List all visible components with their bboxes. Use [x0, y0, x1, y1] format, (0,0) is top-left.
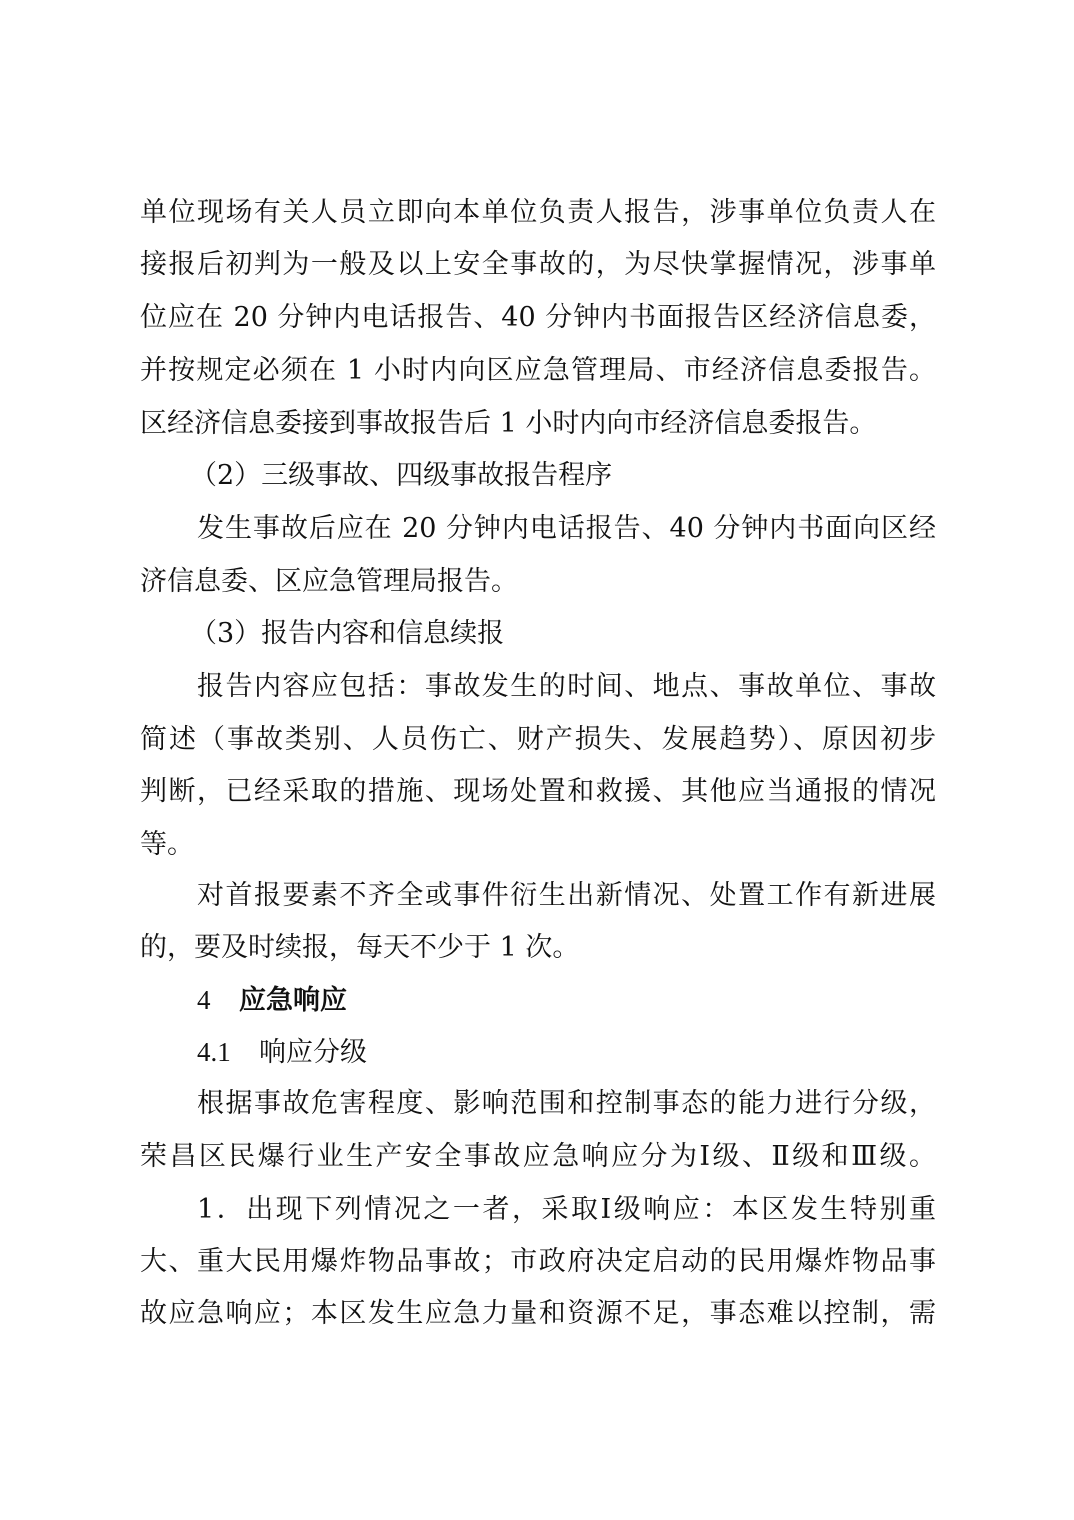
paragraph-line: 等。 — [140, 825, 936, 865]
paragraph-line: 简述（事故类别、人员伤亡、财产损失、发展趋势）、原因初步 — [140, 720, 936, 760]
paragraph-line: 区经济信息委接到事故报告后 1 小时内向市经济信息委报告。 — [140, 404, 936, 444]
paragraph-line: 单位现场有关人员立即向本单位负责人报告，涉事单位负责人在 — [140, 193, 936, 233]
section-heading: 4应急响应 — [197, 980, 936, 1020]
document-page: 单位现场有关人员立即向本单位负责人报告，涉事单位负责人在 接报后初判为一般及以上… — [0, 0, 1074, 1520]
paragraph-line: 报告内容应包括：事故发生的时间、地点、事故单位、事故 — [197, 667, 936, 707]
paragraph-line: 并按规定必须在 1 小时内向区应急管理局、市经济信息委报告。 — [140, 351, 936, 391]
paragraph-line: 故应急响应；本区发生应急力量和资源不足，事态难以控制，需 — [140, 1294, 936, 1334]
paragraph-line: 根据事故危害程度、影响范围和控制事态的能力进行分级， — [197, 1084, 936, 1124]
paragraph-line: 济信息委、区应急管理局报告。 — [140, 562, 936, 602]
paragraph-line: 判断，已经采取的措施、现场处置和救援、其他应当通报的情况 — [140, 772, 936, 812]
paragraph-line: 荣昌区民爆行业生产安全事故应急响应分为Ⅰ级、Ⅱ级和Ⅲ级。 — [140, 1137, 936, 1177]
paragraph-line: 位应在 20 分钟内电话报告、40 分钟内书面报告区经济信息委， — [140, 298, 936, 338]
subsection-title: 响应分级 — [259, 1037, 367, 1068]
paragraph-line: 对首报要素不齐全或事件衍生出新情况、处置工作有新进展 — [197, 876, 936, 916]
paragraph-line: 大、重大民用爆炸物品事故；市政府决定启动的民用爆炸物品事 — [140, 1242, 936, 1282]
item-heading-2: （2）三级事故、四级事故报告程序 — [190, 456, 929, 496]
item-heading-3: （3）报告内容和信息续报 — [190, 614, 929, 654]
subsection-heading: 4.1响应分级 — [197, 1032, 936, 1072]
section-title: 应急响应 — [239, 985, 347, 1016]
paragraph-line: 接报后初判为一般及以上安全事故的，为尽快掌握情况，涉事单 — [140, 245, 936, 285]
paragraph-line: 的，要及时续报，每天不少于 1 次。 — [140, 928, 936, 968]
section-number: 4 — [197, 980, 239, 1020]
paragraph-line: 发生事故后应在 20 分钟内电话报告、40 分钟内书面向区经 — [197, 509, 936, 549]
paragraph-line: 1．出现下列情况之一者，采取Ⅰ级响应：本区发生特别重 — [197, 1190, 936, 1230]
subsection-number: 4.1 — [197, 1032, 259, 1072]
